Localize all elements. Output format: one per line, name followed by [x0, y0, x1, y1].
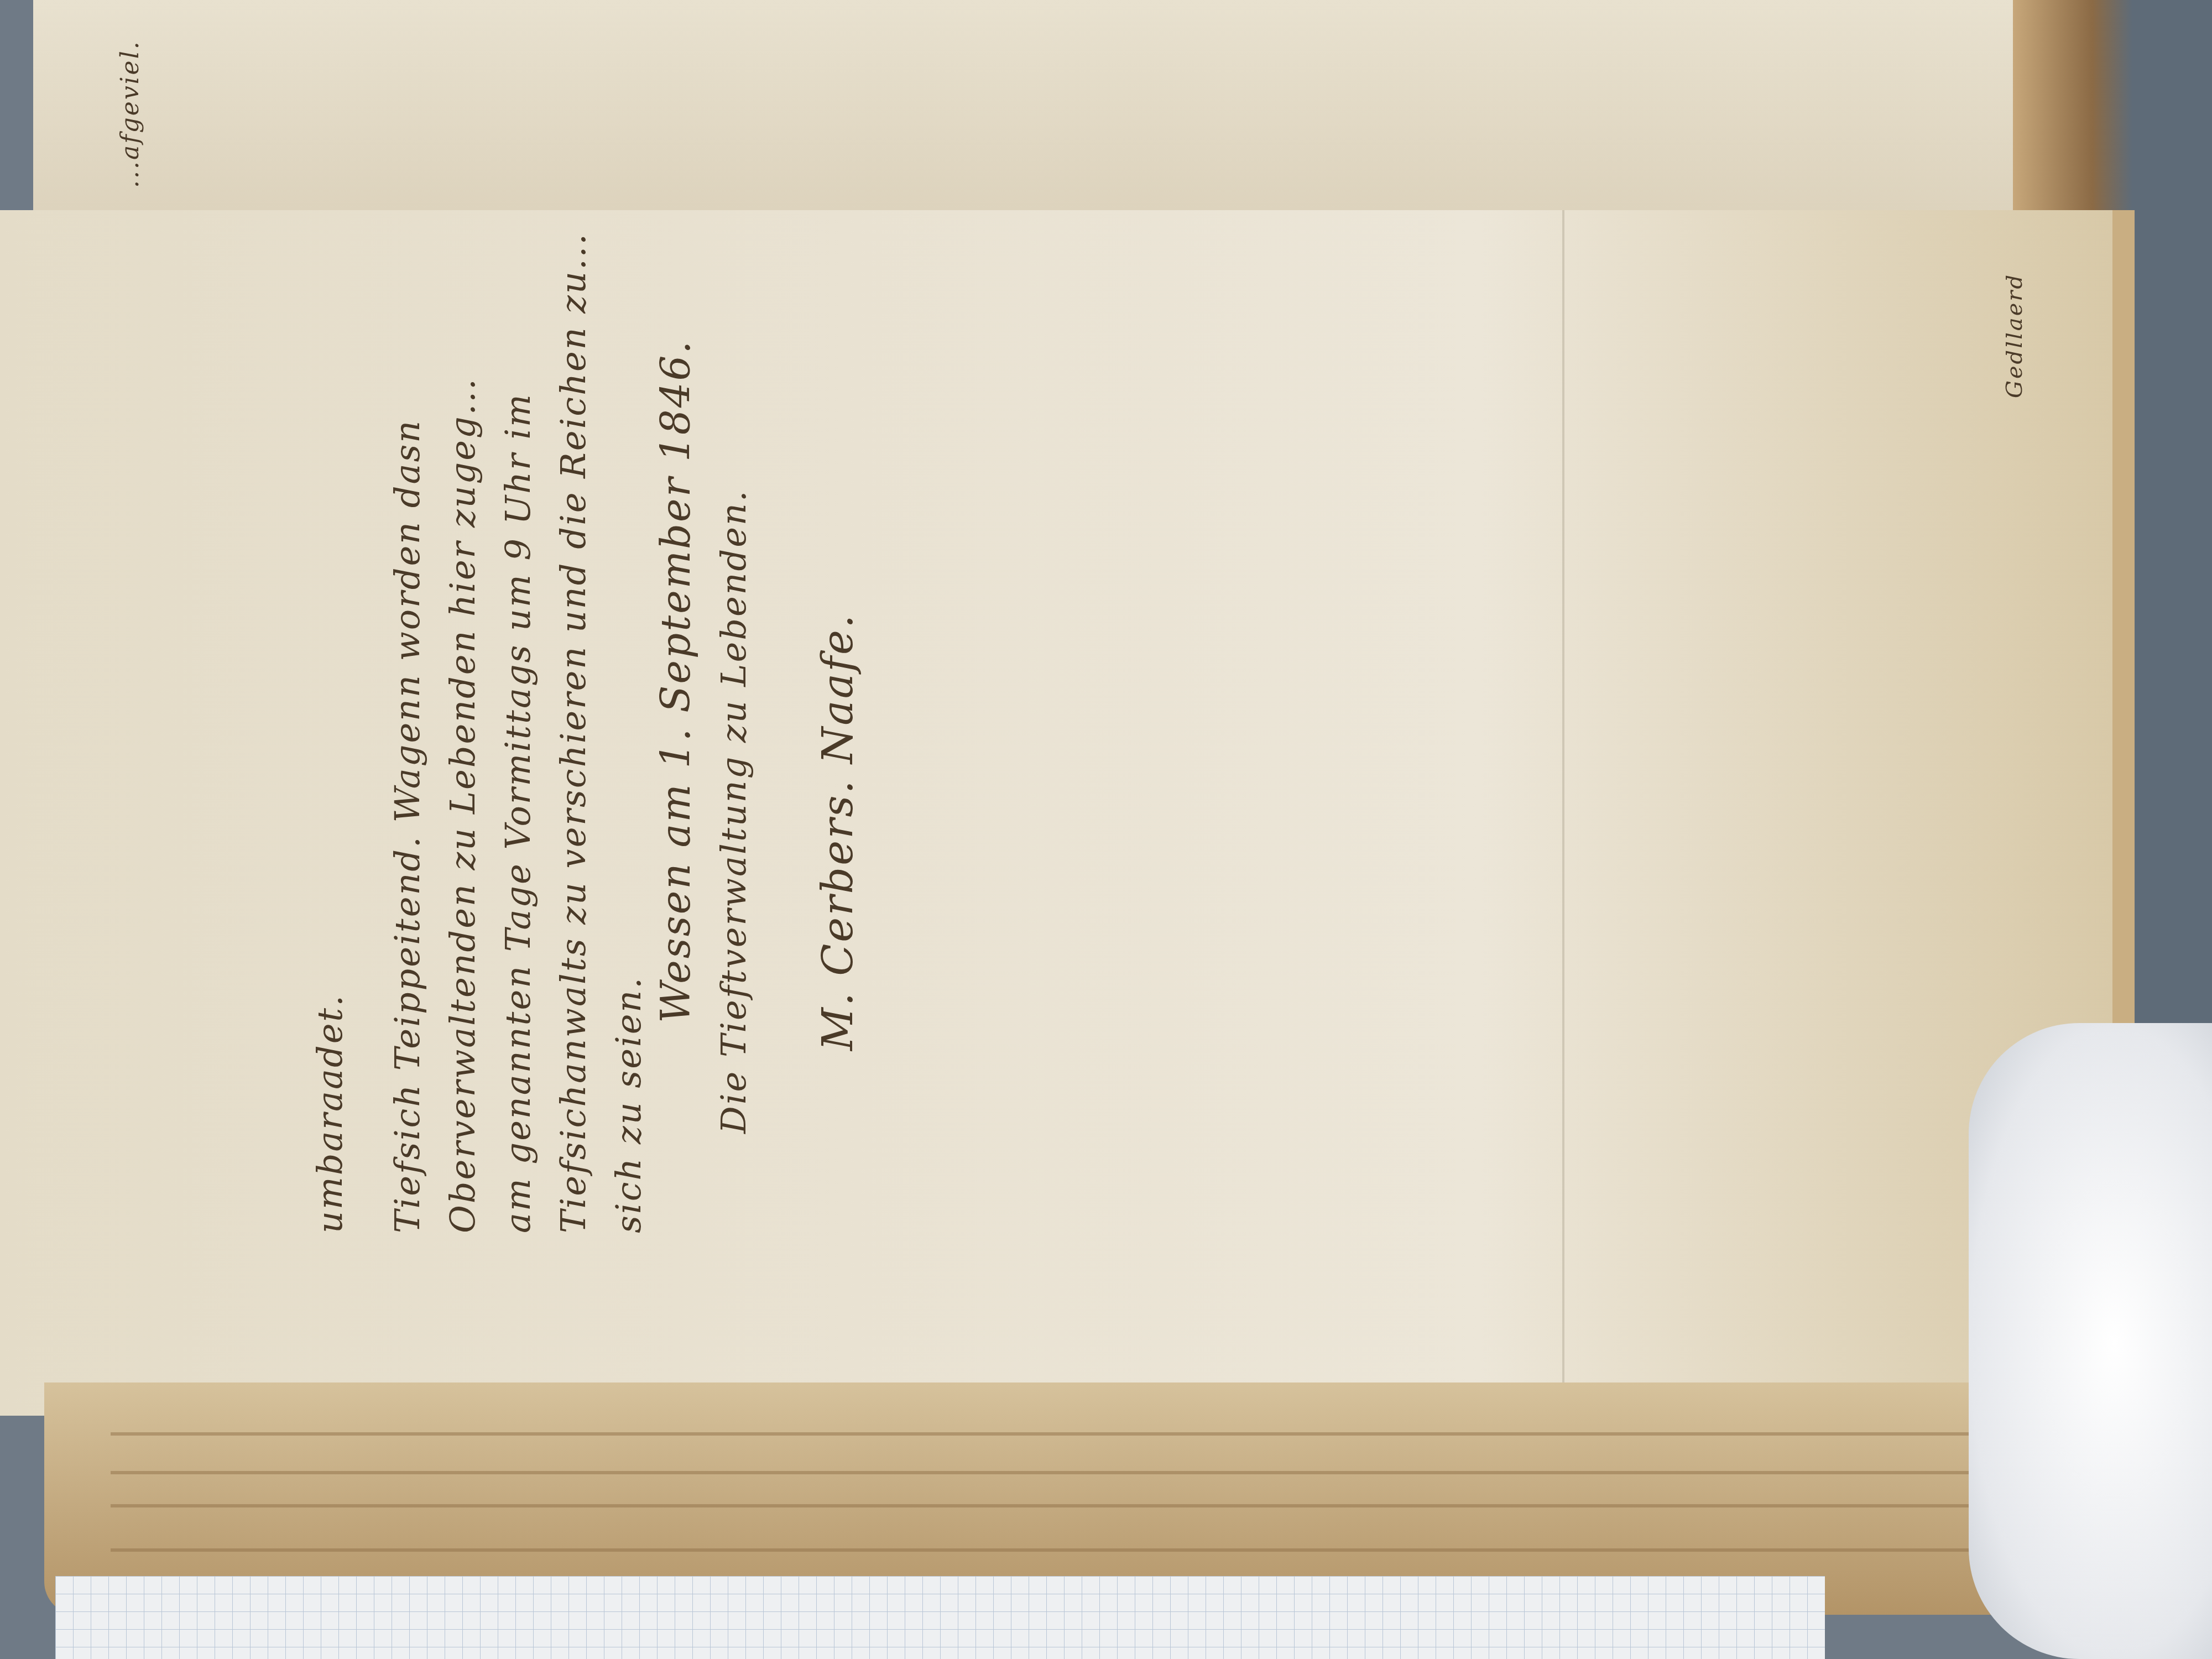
upper-margin-note: ...afgeviel.: [116, 40, 144, 188]
manuscript-page: [0, 210, 2135, 1416]
text-line-1: umbaraadet.: [310, 994, 350, 1233]
white-glove-hand: [1969, 1023, 2212, 1659]
text-line-5: Tiefsichanwalts zu verschieren und die R…: [553, 232, 593, 1233]
text-line-2: Tiefsich Teippeitend. Wagenn worden dasn: [387, 419, 427, 1233]
signature: M. Cerbers. Naafe.: [813, 613, 862, 1051]
text-line-4: am genannten Tage Vormittags um 9 Uhr im: [498, 393, 538, 1233]
text-line-3: Oberverwaltenden zu Lebenden hier zugeg.…: [442, 377, 483, 1233]
grid-paper-underlay: [55, 1576, 1825, 1659]
page-fold: [1562, 210, 1564, 1416]
margin-note-right: Gedllaerd: [2002, 273, 2027, 398]
date-line: Wessen am 1. September 1846.: [653, 340, 699, 1023]
office-line: Die Tieftverwaltung zu Lebenden.: [713, 489, 754, 1134]
text-line-6: sich zu seien.: [608, 976, 649, 1233]
upper-page: ...afgeviel.: [33, 0, 2013, 212]
